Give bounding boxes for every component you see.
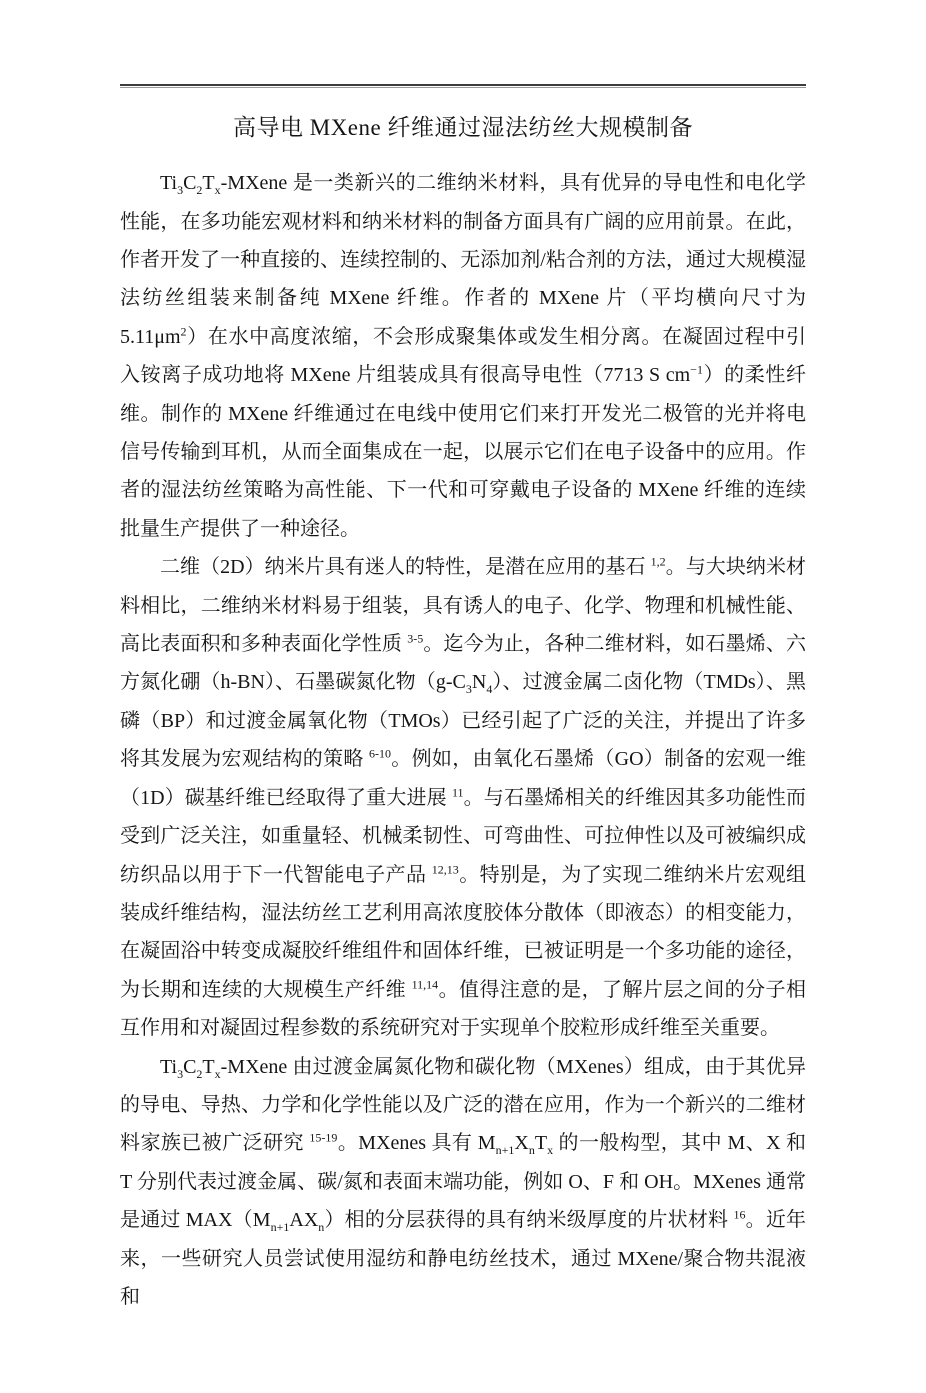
sub-script: n bbox=[529, 1143, 535, 1157]
sub-script: 4 bbox=[486, 682, 492, 696]
paragraph: Ti3C2Tx-MXene 是一类新兴的二维纳米材料，具有优异的导电性和电化学性… bbox=[120, 164, 806, 548]
document-page: 高导电 MXene 纤维通过湿法纺丝大规模制备 Ti3C2Tx-MXene 是一… bbox=[0, 84, 926, 1393]
sub-script: x bbox=[547, 1143, 553, 1157]
sub-script: 3 bbox=[177, 1067, 183, 1081]
paragraph: Ti3C2Tx-MXene 由过渡金属氮化物和碳化物（MXenes）组成，由于其… bbox=[120, 1048, 806, 1317]
header-rule bbox=[120, 84, 806, 88]
sup-script: 3-5 bbox=[407, 631, 423, 645]
sup-script: 1,2 bbox=[651, 555, 666, 569]
sup-script: −1 bbox=[690, 363, 703, 377]
sup-script: 11 bbox=[452, 785, 464, 799]
sub-script: 3 bbox=[177, 183, 183, 197]
sup-script: 2 bbox=[181, 324, 187, 338]
sub-script: x bbox=[215, 1067, 221, 1081]
sub-script: x bbox=[215, 183, 221, 197]
document-body: Ti3C2Tx-MXene 是一类新兴的二维纳米材料，具有优异的导电性和电化学性… bbox=[120, 164, 806, 1316]
sub-script: 3 bbox=[466, 682, 472, 696]
paragraph: 二维（2D）纳米片具有迷人的特性，是潜在应用的基石 1,2。与大块纳米材料相比，… bbox=[120, 548, 806, 1047]
sub-script: n bbox=[318, 1220, 324, 1234]
sub-script: n+1 bbox=[271, 1220, 290, 1234]
sub-script: 2 bbox=[196, 1067, 202, 1081]
document-title: 高导电 MXene 纤维通过湿法纺丝大规模制备 bbox=[120, 112, 806, 144]
sup-script: 16 bbox=[733, 1208, 745, 1222]
sup-script: 12,13 bbox=[432, 862, 459, 876]
sub-script: 2 bbox=[196, 183, 202, 197]
sup-script: 11,14 bbox=[412, 977, 439, 991]
sup-script: 6-10 bbox=[369, 747, 391, 761]
sup-script: 15-19 bbox=[309, 1131, 337, 1145]
sub-script: n+1 bbox=[496, 1143, 515, 1157]
